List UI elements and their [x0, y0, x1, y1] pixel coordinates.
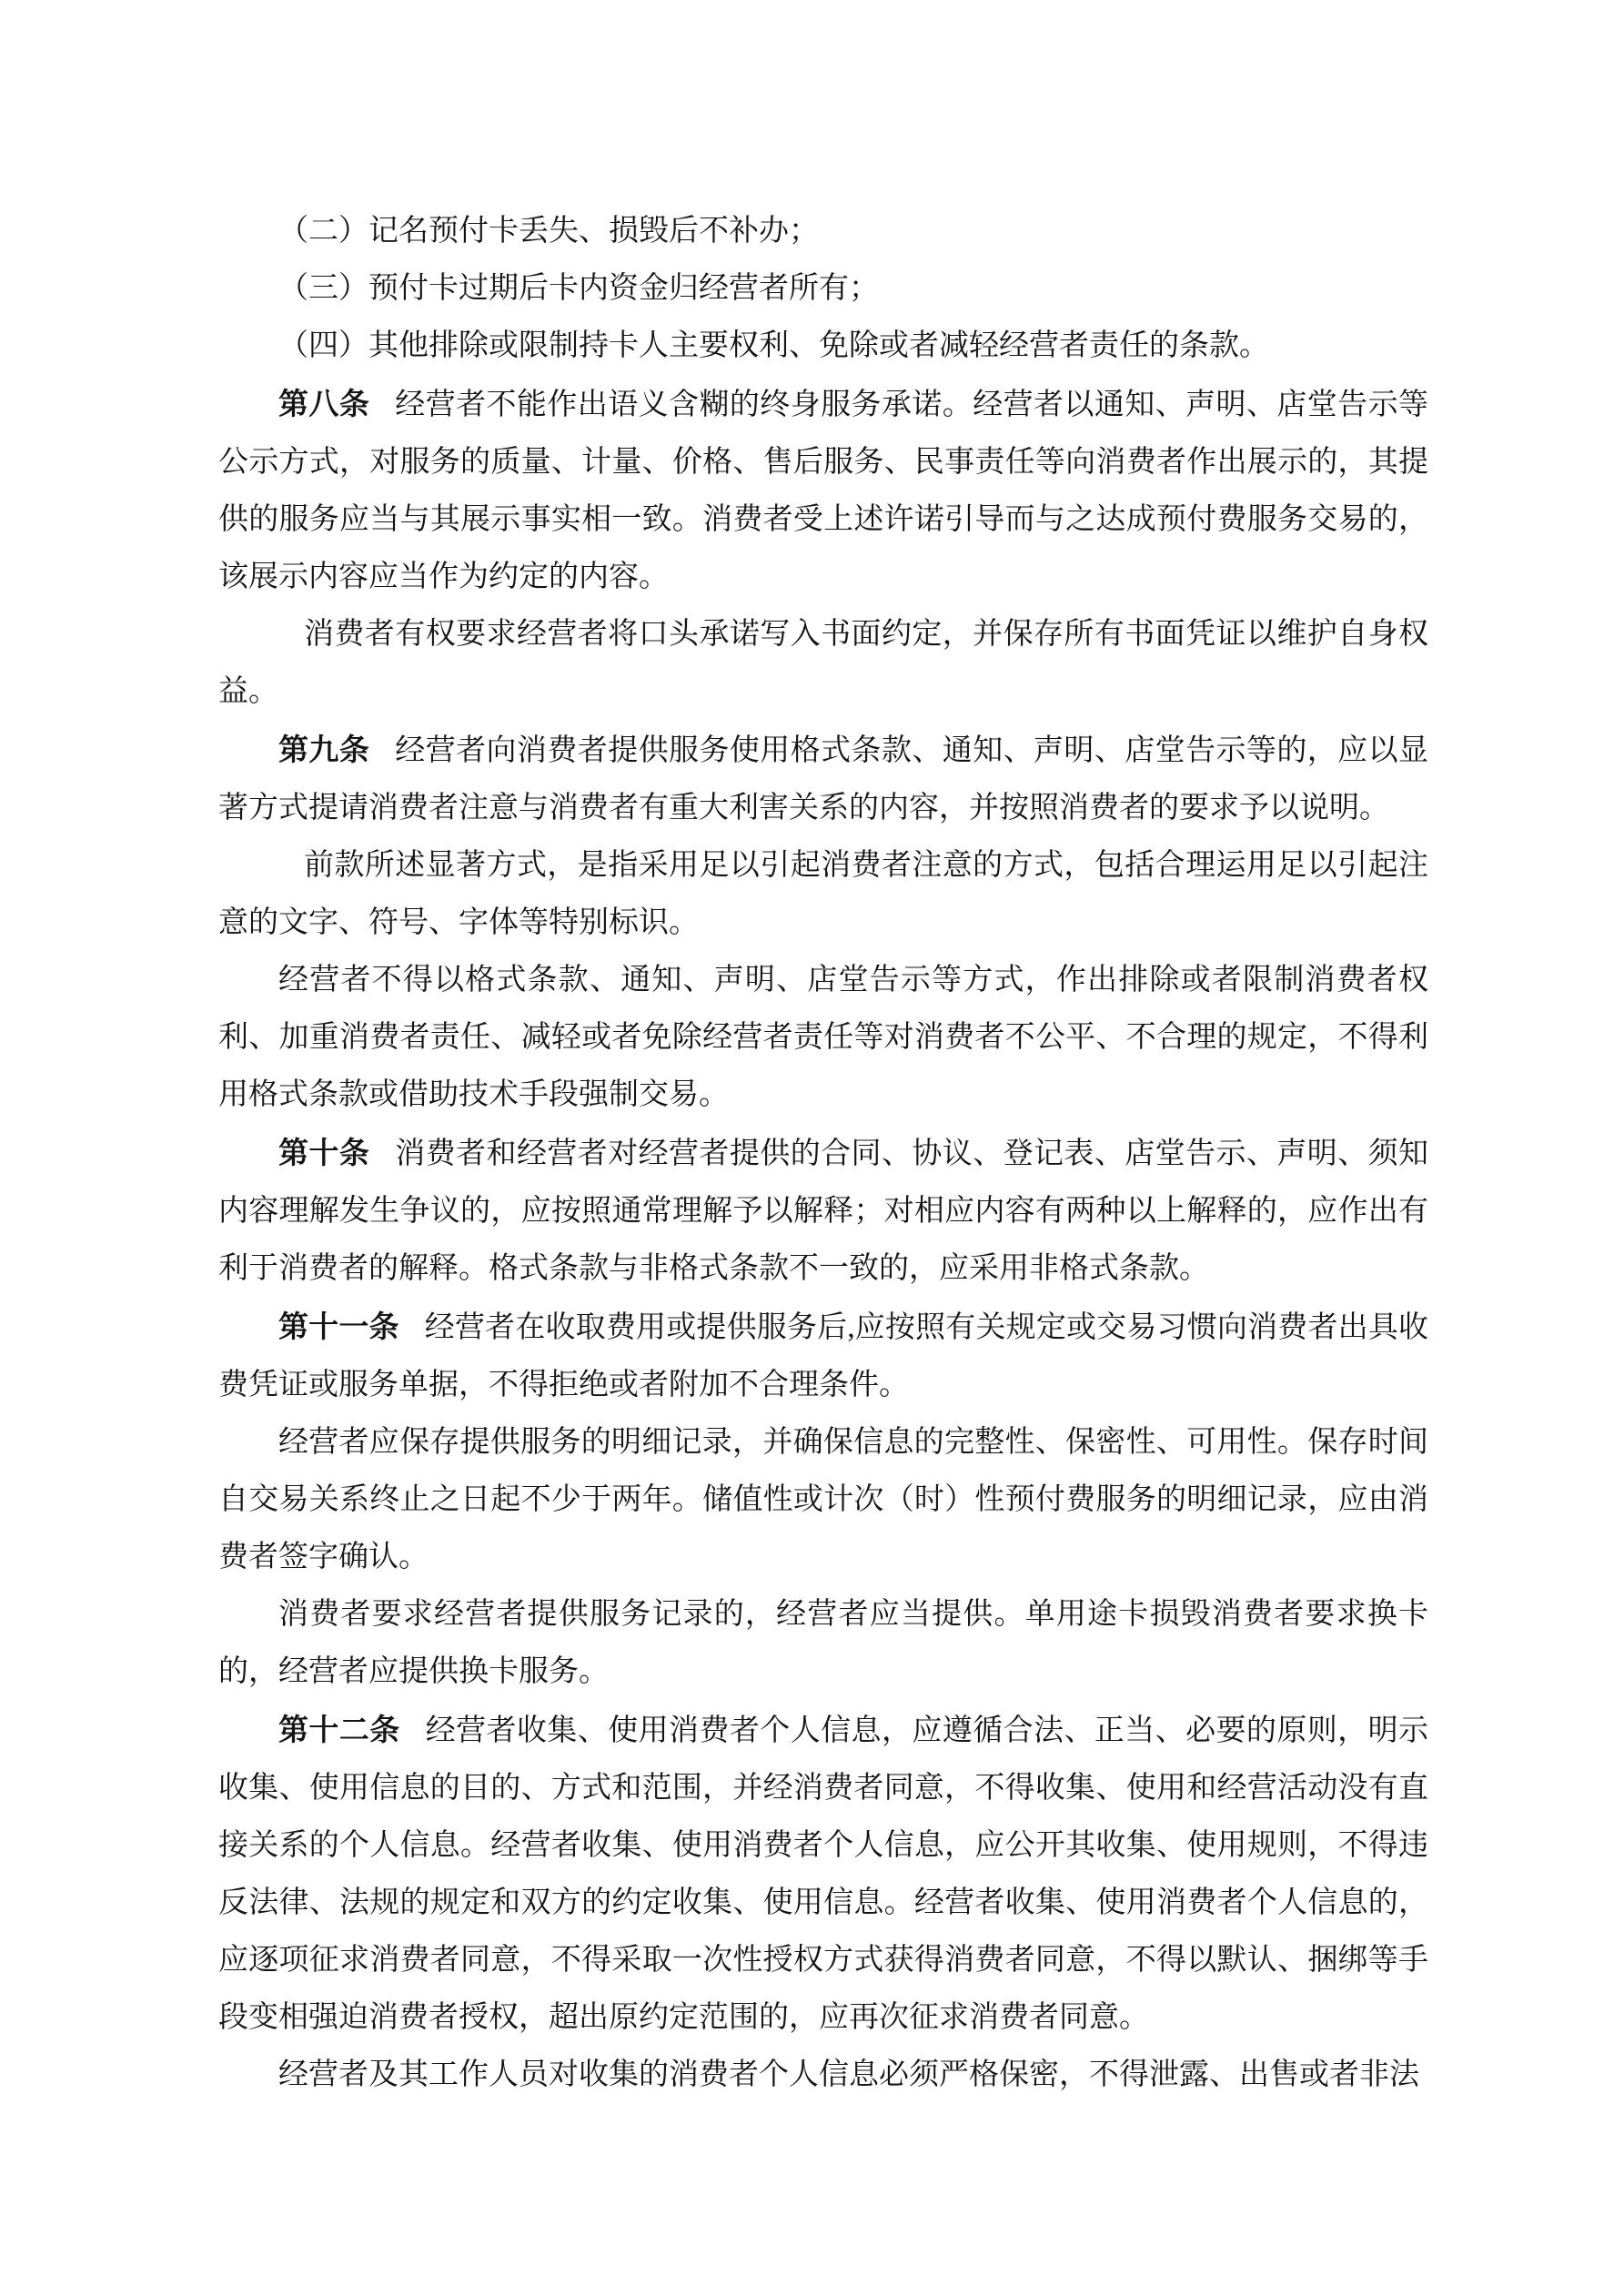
- article-number: 第九条: [278, 733, 369, 766]
- body-paragraph: 经营者不得以格式条款、通知、声明、店堂告示等方式，作出排除或者限制消费者权利、加…: [218, 952, 1428, 1124]
- article-paragraph: 第九条经营者向消费者提供服务使用格式条款、通知、声明、店堂告示等的，应以显著方式…: [218, 721, 1428, 837]
- body-paragraph: 经营者应保存提供服务的明细记录，并确保信息的完整性、保密性、可用性。保存时间自交…: [218, 1414, 1428, 1586]
- body-paragraph: 消费者有权要求经营者将口头承诺写入书面约定，并保存所有书面凭证以维护自身权益。: [218, 606, 1428, 721]
- clause-item: （二）记名预付卡丢失、损毁后不补办；: [218, 203, 1428, 260]
- body-paragraph: 前款所述显著方式，是指采用足以引起消费者注意的方式，包括合理运用足以引起注意的文…: [218, 837, 1428, 952]
- document-page: （二）记名预付卡丢失、损毁后不补办；（三）预付卡过期后卡内资金归经营者所有；（四…: [0, 0, 1624, 2296]
- clause-item: （四）其他排除或限制持卡人主要权利、免除或者减轻经营者责任的条款。: [218, 318, 1428, 375]
- article-number: 第十一条: [278, 1310, 399, 1343]
- document-body: （二）记名预付卡丢失、损毁后不补办；（三）预付卡过期后卡内资金归经营者所有；（四…: [218, 203, 1428, 2104]
- article-paragraph: 第十一条经营者在收取费用或提供服务后,应按照有关规定或交易习惯向消费者出具收费凭…: [218, 1298, 1428, 1414]
- clause-item: （三）预付卡过期后卡内资金归经营者所有；: [218, 260, 1428, 318]
- body-paragraph: 消费者要求经营者提供服务记录的，经营者应当提供。单用途卡损毁消费者要求换卡的，经…: [218, 1586, 1428, 1701]
- article-paragraph: 第八条经营者不能作出语义含糊的终身服务承诺。经营者以通知、声明、店堂告示等公示方…: [218, 375, 1428, 606]
- article-paragraph: 第十条消费者和经营者对经营者提供的合同、协议、登记表、店堂告示、声明、须知内容理…: [218, 1124, 1428, 1298]
- article-number: 第十二条: [278, 1713, 400, 1746]
- article-number: 第八条: [278, 387, 369, 420]
- article-number: 第十条: [278, 1136, 369, 1169]
- article-paragraph: 第十二条经营者收集、使用消费者个人信息，应遵循合法、正当、必要的原则，明示收集、…: [218, 1701, 1428, 2047]
- body-paragraph: 经营者及其工作人员对收集的消费者个人信息必须严格保密，不得泄露、出售或者非法: [218, 2047, 1428, 2104]
